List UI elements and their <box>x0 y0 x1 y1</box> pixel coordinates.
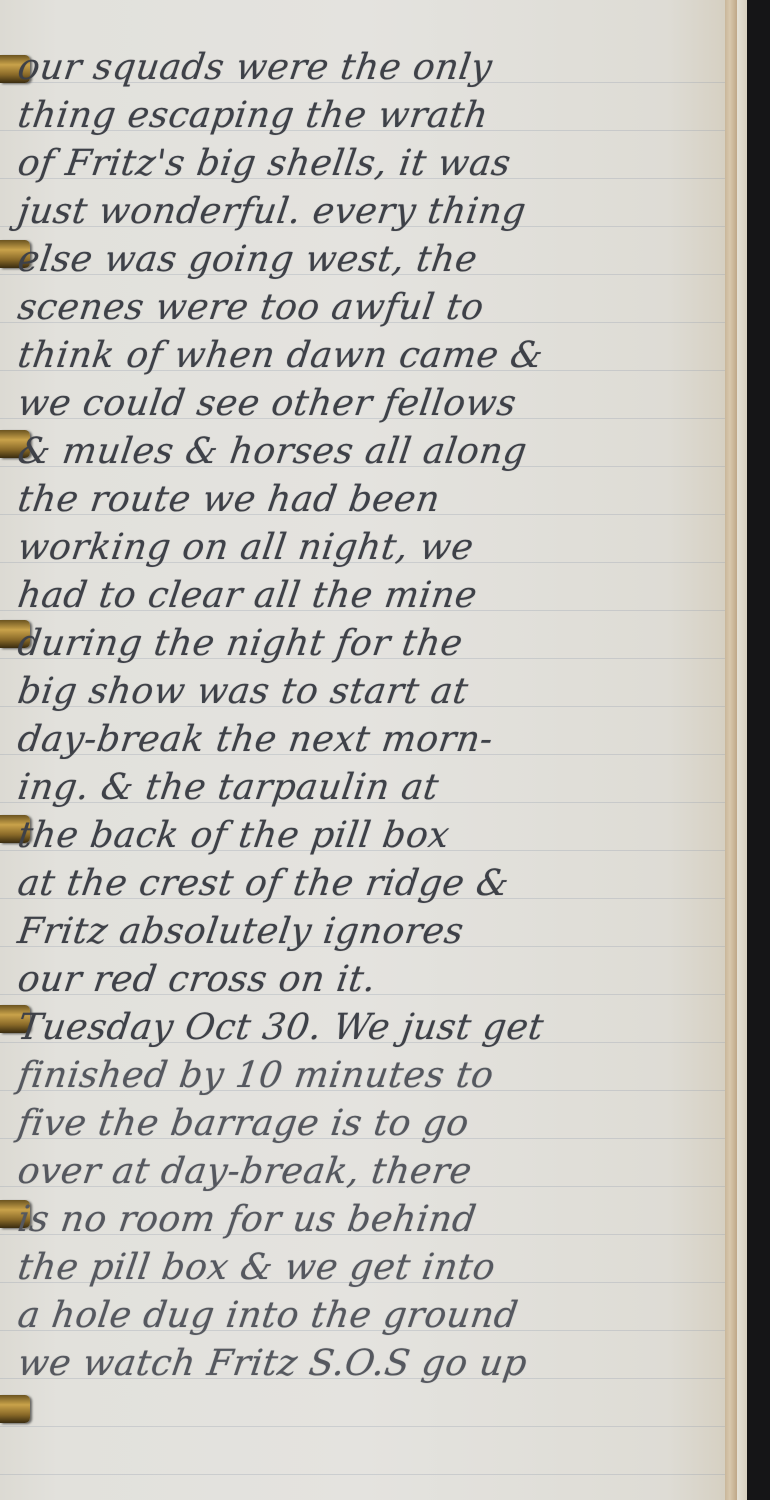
text-line: the back of the pill box <box>15 812 725 860</box>
ruled-line <box>0 1474 725 1475</box>
text-line: is no room for us behind <box>15 1196 725 1244</box>
text-line: think of when dawn came & <box>15 332 725 380</box>
text-line: we watch Fritz S.O.S go up <box>15 1340 725 1388</box>
date-heading-line: Tuesday Oct 30. We just get <box>15 1004 725 1052</box>
ruled-line <box>0 1426 725 1427</box>
text-line: & mules & horses all along <box>15 428 725 476</box>
text-line: our red cross on it. <box>15 956 725 1004</box>
text-line: working on all night, we <box>15 524 725 572</box>
text-line: scenes were too awful to <box>15 284 725 332</box>
handwritten-text: our squads were the only thing escaping … <box>18 44 725 1388</box>
text-line: ing. & the tarpaulin at <box>15 764 725 812</box>
diary-page: our squads were the only thing escaping … <box>0 0 725 1500</box>
page-edge <box>737 0 747 1500</box>
text-line: our squads were the only <box>15 44 725 92</box>
text-line: big show was to start at <box>15 668 725 716</box>
text-line: during the night for the <box>15 620 725 668</box>
text-line: we could see other fellows <box>15 380 725 428</box>
text-line: five the barrage is to go <box>15 1100 725 1148</box>
binder-ring <box>0 1395 30 1423</box>
text-line: just wonderful. every thing <box>15 188 725 236</box>
text-line: day-break the next morn- <box>15 716 725 764</box>
text-line: over at day-break, there <box>15 1148 725 1196</box>
notebook-cover <box>747 0 770 1500</box>
page-edge <box>725 0 737 1500</box>
text-line: at the crest of the ridge & <box>15 860 725 908</box>
text-line: the pill box & we get into <box>15 1244 725 1292</box>
text-line: a hole dug into the ground <box>15 1292 725 1340</box>
text-line: thing escaping the wrath <box>15 92 725 140</box>
text-line: had to clear all the mine <box>15 572 725 620</box>
text-line: Fritz absolutely ignores <box>15 908 725 956</box>
text-line: else was going west, the <box>15 236 725 284</box>
text-line: finished by 10 minutes to <box>15 1052 725 1100</box>
text-line: the route we had been <box>15 476 725 524</box>
text-line: of Fritz's big shells, it was <box>15 140 725 188</box>
